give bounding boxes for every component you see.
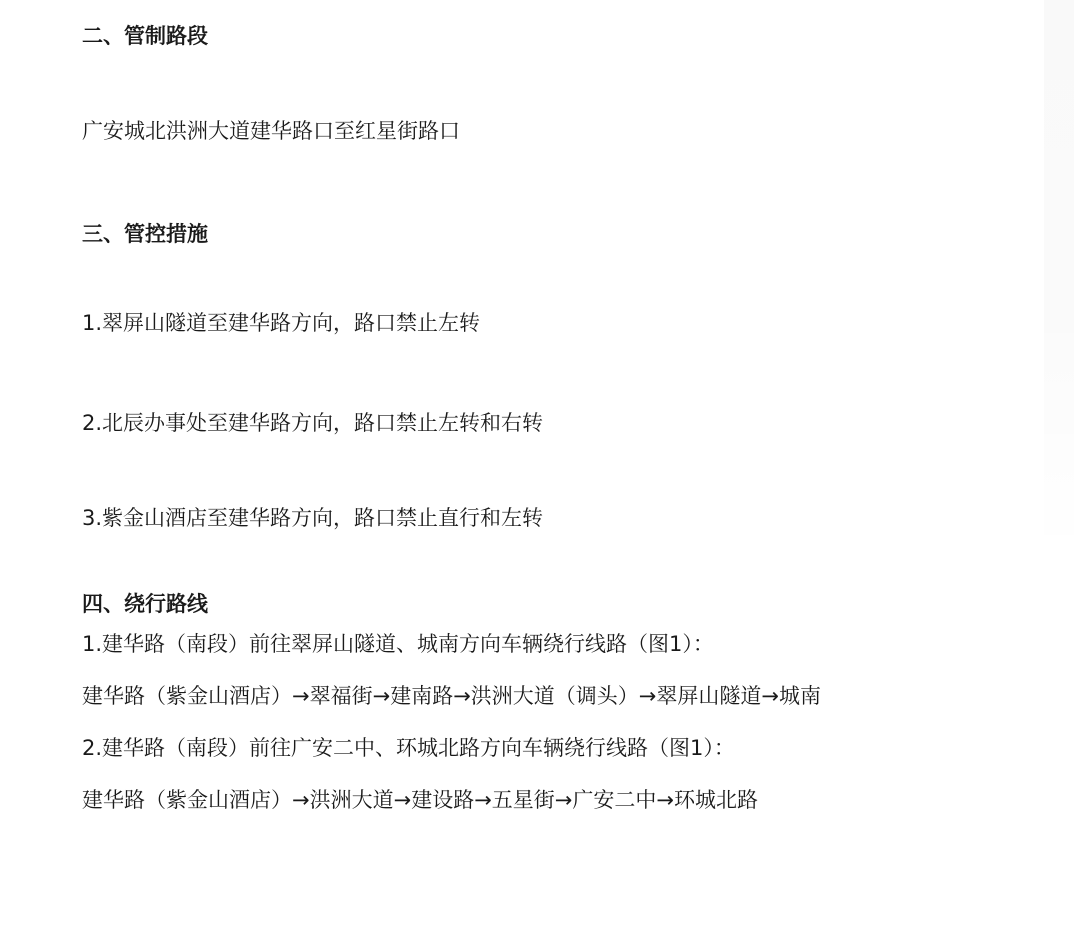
detour-route-2: 2.建华路（南段）前往广安二中、环城北路方向车辆绕行线路（图1）： 建华路（紫金…: [82, 722, 996, 826]
heading-control-measures: 三、管控措施: [82, 221, 996, 248]
measure-item-3: 3.紫金山酒店至建华路方向，路口禁止直行和左转: [82, 505, 996, 532]
detour-route-2-path: 建华路（紫金山酒店）→洪洲大道→建设路→五星街→广安二中→环城北路: [82, 774, 996, 826]
detour-route-2-title: 2.建华路（南段）前往广安二中、环城北路方向车辆绕行线路（图1）：: [82, 722, 996, 774]
measure-item-1: 1.翠屏山隧道至建华路方向，路口禁止左转: [82, 310, 996, 337]
detour-route-1-title: 1.建华路（南段）前往翠屏山隧道、城南方向车辆绕行线路（图1）：: [82, 618, 996, 670]
heading-controlled-road-section: 二、管制路段: [82, 23, 996, 50]
page-edge-shading: [1044, 0, 1074, 560]
article-body: 二、管制路段 广安城北洪洲大道建华路口至红星街路口 三、管控措施 1.翠屏山隧道…: [82, 23, 996, 826]
detour-route-1-path: 建华路（紫金山酒店）→翠福街→建南路→洪洲大道（调头）→翠屏山隧道→城南: [82, 670, 996, 722]
measure-item-2: 2.北辰办事处至建华路方向，路口禁止左转和右转: [82, 410, 996, 437]
detour-route-1: 1.建华路（南段）前往翠屏山隧道、城南方向车辆绕行线路（图1）： 建华路（紫金山…: [82, 618, 996, 722]
paragraph-controlled-road: 广安城北洪洲大道建华路口至红星街路口: [82, 118, 996, 145]
heading-detour-routes: 四、绕行路线: [82, 591, 996, 618]
